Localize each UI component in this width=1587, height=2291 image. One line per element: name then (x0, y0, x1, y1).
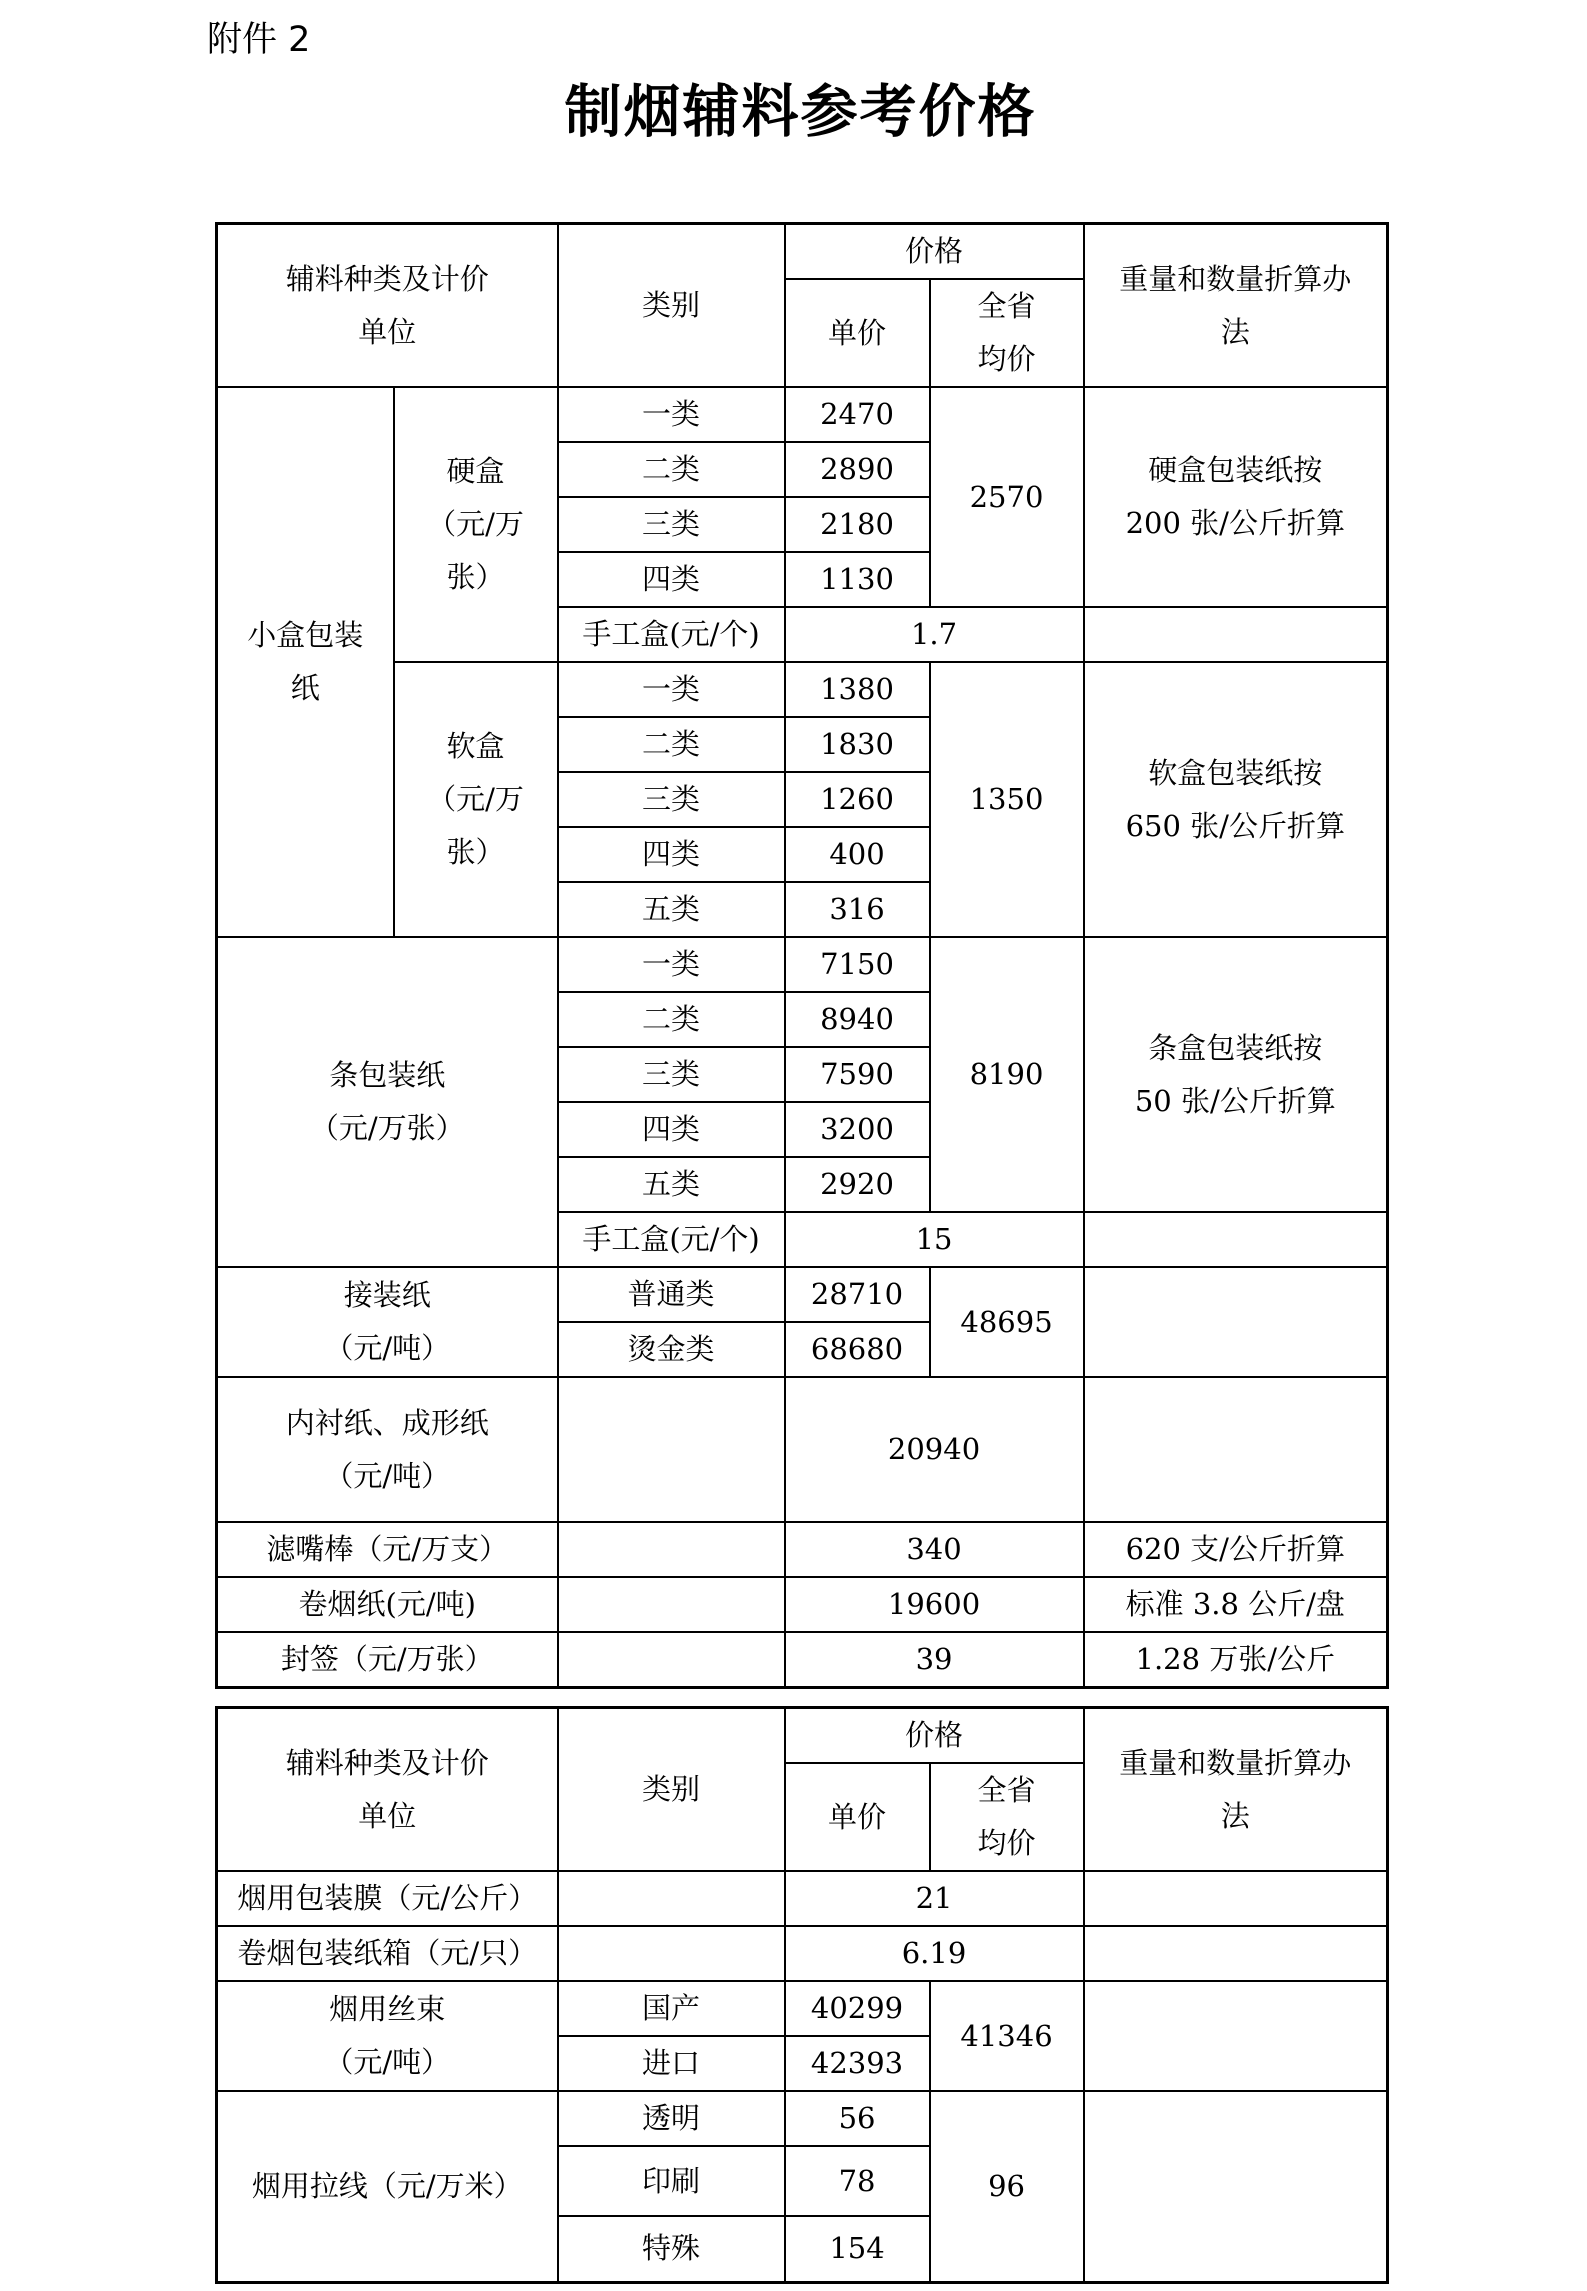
empty-cell (1084, 1267, 1388, 1377)
category-cell: 手工盒(元/个) (558, 607, 785, 662)
table-row: 滤嘴棒（元/万支） 340 620 支/公斤折算 (217, 1522, 1388, 1577)
unit-price-cell: 56 (785, 2091, 930, 2146)
material-label: 滤嘴棒（元/万支） (217, 1522, 558, 1577)
header-avg-price: 全省 均价 (930, 279, 1084, 387)
unit-price-cell: 6.19 (785, 1926, 1084, 1981)
table-row: 小盒包装 纸 硬盒 （元/万 张） 一类 2470 2570 硬盒包装纸按 20… (217, 387, 1388, 442)
unit-price-cell: 68680 (785, 1322, 930, 1377)
empty-cell (1084, 1926, 1388, 1981)
unit-price-cell: 78 (785, 2146, 930, 2216)
table-header-row-1: 辅料种类及计价 单位 类别 价格 重量和数量折算办 法 (217, 1708, 1388, 1764)
category-cell: 三类 (558, 772, 785, 827)
unit-price-cell: 1830 (785, 717, 930, 772)
empty-cell (1084, 1871, 1388, 1926)
header-avg-price: 全省 均价 (930, 1763, 1084, 1871)
document-page: 附件 2 制烟辅料参考价格 辅料种类及计价 单位 类别 价格 重量和数量折算办 … (0, 0, 1587, 2291)
avg-price-cell: 96 (930, 2091, 1084, 2282)
avg-price-cell: 41346 (930, 1981, 1084, 2091)
category-cell: 特殊 (558, 2216, 785, 2282)
category-cell: 三类 (558, 497, 785, 552)
header-unit-price: 单价 (785, 279, 930, 387)
empty-cell (558, 1522, 785, 1577)
material-sub-label: 硬盒 （元/万 张） (394, 387, 558, 662)
unit-price-cell: 3200 (785, 1102, 930, 1157)
category-cell: 五类 (558, 882, 785, 937)
category-cell: 二类 (558, 992, 785, 1047)
category-cell: 四类 (558, 827, 785, 882)
category-cell: 烫金类 (558, 1322, 785, 1377)
conversion-cell: 620 支/公斤折算 (1084, 1522, 1388, 1577)
unit-price-cell: 21 (785, 1871, 1084, 1926)
empty-cell (1084, 1212, 1388, 1267)
table-header-row-1: 辅料种类及计价 单位 类别 价格 重量和数量折算办 法 (217, 224, 1388, 280)
material-label: 条包装纸 （元/万张） (217, 937, 558, 1267)
material-label: 烟用包装膜（元/公斤） (217, 1871, 558, 1926)
header-price: 价格 (785, 1708, 1084, 1764)
table-row: 接装纸 （元/吨） 普通类 28710 48695 (217, 1267, 1388, 1322)
material-label: 卷烟包装纸箱（元/只） (217, 1926, 558, 1981)
category-cell: 进口 (558, 2036, 785, 2091)
header-material: 辅料种类及计价 单位 (217, 1708, 558, 1872)
empty-cell (1084, 2091, 1388, 2282)
price-table-2: 辅料种类及计价 单位 类别 价格 重量和数量折算办 法 单价 全省 均价 烟用包… (215, 1706, 1389, 2284)
unit-price-cell: 40299 (785, 1981, 930, 2036)
material-label: 小盒包装 纸 (217, 387, 394, 937)
empty-cell (558, 1377, 785, 1522)
material-sub-label: 软盒 （元/万 张） (394, 662, 558, 937)
category-cell: 国产 (558, 1981, 785, 2036)
unit-price-cell: 39 (785, 1632, 1084, 1688)
category-cell: 四类 (558, 552, 785, 607)
header-price: 价格 (785, 224, 1084, 280)
material-label: 接装纸 （元/吨） (217, 1267, 558, 1377)
empty-cell (1084, 607, 1388, 662)
category-cell: 三类 (558, 1047, 785, 1102)
table-row: 条包装纸 （元/万张） 一类 7150 8190 条盒包装纸按 50 张/公斤折… (217, 937, 1388, 992)
empty-cell (1084, 1981, 1388, 2091)
table-row: 烟用拉线（元/万米） 透明 56 96 (217, 2091, 1388, 2146)
empty-cell (558, 1632, 785, 1688)
unit-price-cell: 8940 (785, 992, 930, 1047)
conversion-cell: 标准 3.8 公斤/盘 (1084, 1577, 1388, 1632)
table-row: 烟用丝束 （元/吨） 国产 40299 41346 (217, 1981, 1388, 2036)
avg-price-cell: 48695 (930, 1267, 1084, 1377)
material-label: 封签（元/万张） (217, 1632, 558, 1688)
table-row: 烟用包装膜（元/公斤） 21 (217, 1871, 1388, 1926)
header-conversion: 重量和数量折算办 法 (1084, 1708, 1388, 1872)
material-label: 烟用拉线（元/万米） (217, 2091, 558, 2282)
conversion-cell: 条盒包装纸按 50 张/公斤折算 (1084, 937, 1388, 1212)
unit-price-cell: 19600 (785, 1577, 1084, 1632)
price-table-1: 辅料种类及计价 单位 类别 价格 重量和数量折算办 法 单价 全省 均价 小盒包… (215, 222, 1389, 1689)
category-cell: 透明 (558, 2091, 785, 2146)
category-cell: 二类 (558, 717, 785, 772)
unit-price-cell: 154 (785, 2216, 930, 2282)
empty-cell (558, 1577, 785, 1632)
page-title: 制烟辅料参考价格 (215, 66, 1386, 148)
category-cell: 一类 (558, 387, 785, 442)
unit-price-cell: 2470 (785, 387, 930, 442)
unit-price-cell: 340 (785, 1522, 1084, 1577)
header-conversion: 重量和数量折算办 法 (1084, 224, 1388, 388)
category-cell: 二类 (558, 442, 785, 497)
table-row: 内衬纸、成形纸 （元/吨） 20940 (217, 1377, 1388, 1522)
unit-price-cell: 1260 (785, 772, 930, 827)
category-cell: 一类 (558, 662, 785, 717)
unit-price-cell: 7150 (785, 937, 930, 992)
unit-price-cell: 15 (785, 1212, 1084, 1267)
table-row: 卷烟纸(元/吨) 19600 标准 3.8 公斤/盘 (217, 1577, 1388, 1632)
unit-price-cell: 2180 (785, 497, 930, 552)
header-category: 类别 (558, 224, 785, 388)
avg-price-cell: 2570 (930, 387, 1084, 607)
unit-price-cell: 28710 (785, 1267, 930, 1322)
unit-price-cell: 7590 (785, 1047, 930, 1102)
category-cell: 手工盒(元/个) (558, 1212, 785, 1267)
avg-price-cell: 8190 (930, 937, 1084, 1212)
avg-price-cell: 1350 (930, 662, 1084, 937)
unit-price-cell: 1.7 (785, 607, 1084, 662)
conversion-cell: 硬盒包装纸按 200 张/公斤折算 (1084, 387, 1388, 607)
empty-cell (1084, 1377, 1388, 1522)
empty-cell (558, 1926, 785, 1981)
material-label: 内衬纸、成形纸 （元/吨） (217, 1377, 558, 1522)
unit-price-cell: 2920 (785, 1157, 930, 1212)
material-label: 烟用丝束 （元/吨） (217, 1981, 558, 2091)
category-cell: 一类 (558, 937, 785, 992)
header-unit-price: 单价 (785, 1763, 930, 1871)
category-cell: 普通类 (558, 1267, 785, 1322)
unit-price-cell: 42393 (785, 2036, 930, 2091)
unit-price-cell: 1130 (785, 552, 930, 607)
unit-price-cell: 1380 (785, 662, 930, 717)
table-row: 封签（元/万张） 39 1.28 万张/公斤 (217, 1632, 1388, 1688)
unit-price-cell: 20940 (785, 1377, 1084, 1522)
unit-price-cell: 400 (785, 827, 930, 882)
category-cell: 印刷 (558, 2146, 785, 2216)
material-label: 卷烟纸(元/吨) (217, 1577, 558, 1632)
category-cell: 五类 (558, 1157, 785, 1212)
header-material: 辅料种类及计价 单位 (217, 224, 558, 388)
unit-price-cell: 2890 (785, 442, 930, 497)
unit-price-cell: 316 (785, 882, 930, 937)
conversion-cell: 1.28 万张/公斤 (1084, 1632, 1388, 1688)
conversion-cell: 软盒包装纸按 650 张/公斤折算 (1084, 662, 1388, 937)
attachment-label: 附件 2 (207, 12, 310, 62)
table-row: 卷烟包装纸箱（元/只） 6.19 (217, 1926, 1388, 1981)
category-cell: 四类 (558, 1102, 785, 1157)
header-category: 类别 (558, 1708, 785, 1872)
empty-cell (558, 1871, 785, 1926)
